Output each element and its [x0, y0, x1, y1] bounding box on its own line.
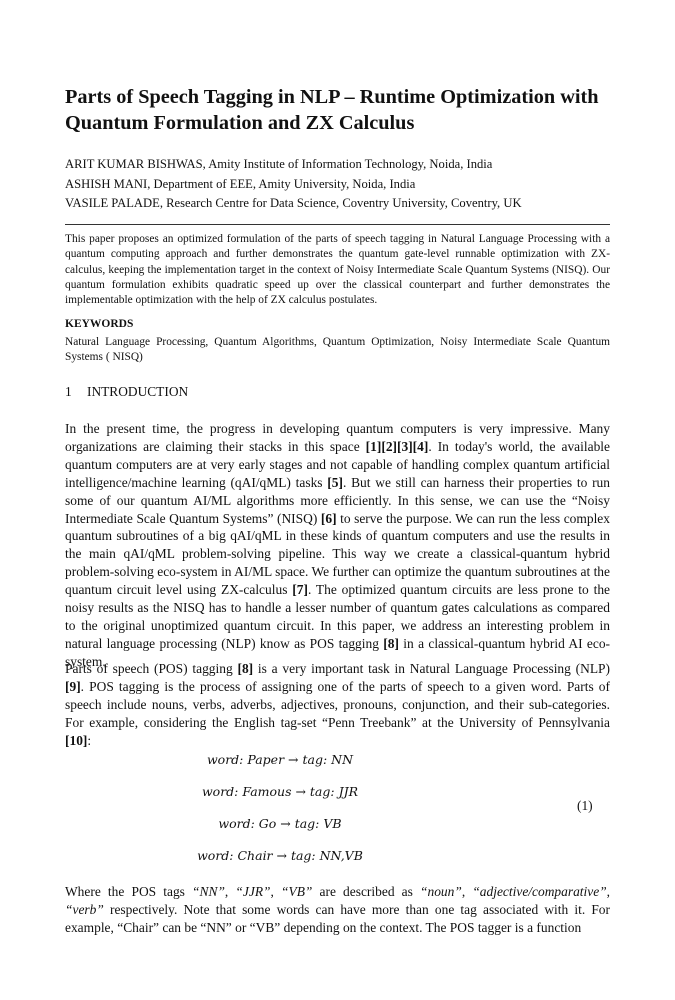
citation: [9]: [65, 679, 81, 694]
equation-line: word: Chair → tag: NN,VB: [65, 848, 495, 863]
citation: [6]: [321, 511, 337, 526]
paper-title: Parts of Speech Tagging in NLP – Runtime…: [65, 84, 625, 136]
keywords-heading: KEYWORDS: [65, 318, 133, 330]
citation: [8]: [383, 636, 399, 651]
citation: [5]: [327, 475, 343, 490]
emphasis: “VB”: [281, 884, 312, 899]
section-heading: 1INTRODUCTION: [65, 384, 188, 400]
body-paragraph: Where the POS tags “NN”, “JJR”, “VB” are…: [65, 883, 610, 937]
equation-line: word: Famous → tag: JJR: [65, 784, 495, 799]
citation: [8]: [237, 661, 253, 676]
section-title: INTRODUCTION: [87, 384, 188, 399]
body-paragraph: Parts of speech (POS) tagging [8] is a v…: [65, 660, 610, 750]
citation: [1][2][3][4]: [366, 439, 429, 454]
author-line: ASHISH MANI, Department of EEE, Amity Un…: [65, 175, 625, 195]
author-list: ARIT KUMAR BISHWAS, Amity Institute of I…: [65, 155, 625, 214]
emphasis: “adjective/comparative”: [472, 884, 606, 899]
body-paragraph: In the present time, the progress in dev…: [65, 420, 610, 671]
emphasis: “JJR”: [235, 884, 270, 899]
abstract: This paper proposes an optimized formula…: [65, 232, 610, 308]
equation-line: word: Paper → tag: NN: [65, 752, 495, 767]
equation-number: (1): [577, 798, 593, 814]
citation: [7]: [292, 582, 308, 597]
emphasis: “noun”: [420, 884, 462, 899]
emphasis: “NN”: [192, 884, 225, 899]
emphasis: “verb”: [65, 902, 104, 917]
citation: [10]: [65, 733, 87, 748]
author-line: ARIT KUMAR BISHWAS, Amity Institute of I…: [65, 155, 625, 175]
horizontal-rule: [65, 224, 610, 225]
section-number: 1: [65, 384, 87, 400]
equation-line: word: Go → tag: VB: [65, 816, 495, 831]
keywords-text: Natural Language Processing, Quantum Alg…: [65, 335, 610, 366]
author-line: VASILE PALADE, Research Centre for Data …: [65, 194, 625, 214]
